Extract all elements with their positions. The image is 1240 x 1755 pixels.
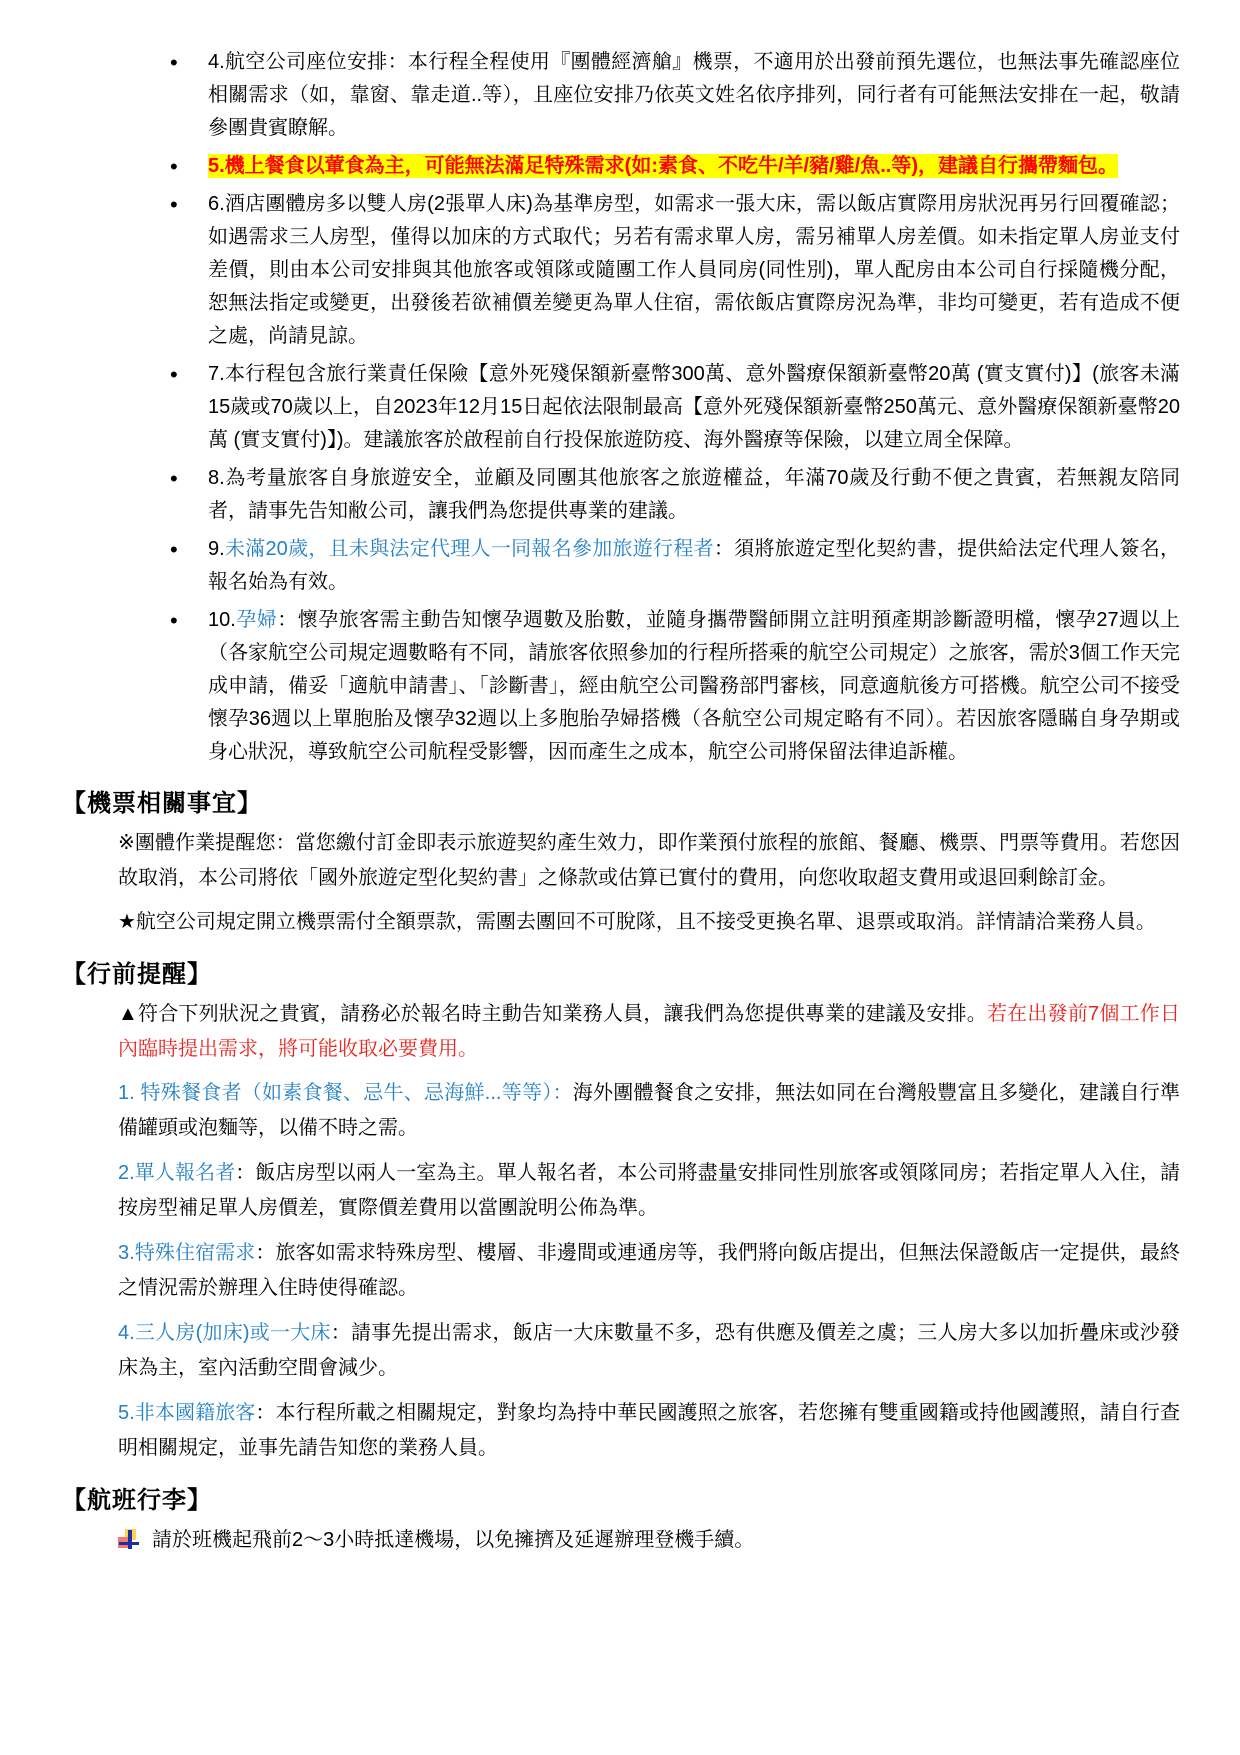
pretrip-item-label: 2.單人報名者: [118, 1162, 235, 1184]
pretrip-item-label: 5.非本國籍旅客: [118, 1402, 255, 1424]
pretrip-item-label: 4.三人房(加床)或一大床: [118, 1322, 331, 1344]
pretrip-item-label: 1. 特殊餐食者（如素食餐、忌牛、忌海鮮...等等）：: [118, 1082, 573, 1104]
note-emphasis: 孕婦: [236, 609, 277, 631]
pretrip-item-special-lodging: 3.特殊住宿需求：旅客如需求特殊房型、樓層、非邊間或連通房等，我們將向飯店提出，…: [62, 1236, 1180, 1306]
pretrip-item-label: 3.特殊住宿需求: [118, 1242, 255, 1264]
ticket-section-title: 【機票相關事宜】: [62, 783, 1180, 818]
note-text: 8.為考量旅客自身旅遊安全，並顧及同團其他旅客之旅遊權益，年滿70歲及行動不便之…: [208, 467, 1180, 522]
note-item-meal-highlighted: 5.機上餐食以葷食為主，可能無法滿足特殊需求(如:素食、不吃牛/羊/豬/雞/魚.…: [62, 150, 1180, 183]
down-arrow-icon: [118, 1529, 140, 1551]
ticketing-note: ★航空公司規定開立機票需付全額票款，需團去團回不可脫隊，且不接受更換名單、退票或…: [62, 905, 1180, 940]
note-text: 7.本行程包含旅行業責任保險【意外死殘保額新臺幣300萬、意外醫療保額新臺幣20…: [208, 363, 1180, 451]
pretrip-intro-text: ▲符合下列狀況之貴賓，請務必於報名時主動告知業務人員，讓我們為您提供專業的建議及…: [118, 1003, 987, 1025]
note-emphasis: 未滿20歲，且未與法定代理人一同報名參加旅遊行程者: [225, 538, 714, 560]
note-item-seat-assignment: 4.航空公司座位安排：本行程全程使用『團體經濟艙』機票，不適用於出發前預先選位，…: [62, 46, 1180, 145]
notes-list: 4.航空公司座位安排：本行程全程使用『團體經濟艙』機票，不適用於出發前預先選位，…: [62, 46, 1180, 769]
note-item-pregnancy: 10.孕婦：懷孕旅客需主動告知懷孕週數及胎數，並隨身攜帶醫師開立註明預產期診斷證…: [62, 604, 1180, 769]
pretrip-item-foreign-nationals: 5.非本國籍旅客：本行程所載之相關規定，對象均為持中華民國護照之旅客，若您擁有雙…: [62, 1396, 1180, 1466]
note-item-minors: 9.未滿20歲，且未與法定代理人一同報名參加旅遊行程者：須將旅遊定型化契約書，提…: [62, 533, 1180, 599]
note-number: 10.: [208, 609, 236, 631]
note-item-senior-travelers: 8.為考量旅客自身旅遊安全，並顧及同團其他旅客之旅遊權益，年滿70歲及行動不便之…: [62, 462, 1180, 528]
pretrip-intro: ▲符合下列狀況之貴賓，請務必於報名時主動告知業務人員，讓我們為您提供專業的建議及…: [62, 997, 1180, 1067]
pretrip-section-title: 【行前提醒】: [62, 954, 1180, 989]
pretrip-item-single-traveler: 2.單人報名者：飯店房型以兩人一室為主。單人報名者，本公司將盡量安排同性別旅客或…: [62, 1156, 1180, 1226]
pretrip-item-text: ：旅客如需求特殊房型、樓層、非邊間或連通房等，我們將向飯店提出，但無法保證飯店一…: [118, 1242, 1180, 1299]
note-item-hotel-rooms: 6.酒店團體房多以雙人房(2張單人床)為基準房型，如需求一張大床，需以飯店實際用…: [62, 188, 1180, 353]
note-text: 6.酒店團體房多以雙人房(2張單人床)為基準房型，如需求一張大床，需以飯店實際用…: [208, 193, 1180, 347]
baggage-item: 請於班機起飛前2～3小時抵達機場，以免擁擠及延遲辦理登機手續。: [62, 1523, 1180, 1558]
document-page: 4.航空公司座位安排：本行程全程使用『團體經濟艙』機票，不適用於出發前預先選位，…: [0, 0, 1240, 1755]
baggage-item-text: 請於班機起飛前2～3小時抵達機場，以免擁擠及延遲辦理登機手續。: [152, 1523, 754, 1558]
note-text: ：懷孕旅客需主動告知懷孕週數及胎數，並隨身攜帶醫師開立註明預產期診斷證明檔，懷孕…: [208, 609, 1180, 763]
pretrip-item-text: ：本行程所載之相關規定，對象均為持中華民國護照之旅客，若您擁有雙重國籍或持他國護…: [118, 1402, 1180, 1459]
pretrip-item-text: ：飯店房型以兩人一室為主。單人報名者，本公司將盡量安排同性別旅客或領隊同房；若指…: [118, 1162, 1180, 1219]
baggage-section-title: 【航班行李】: [62, 1480, 1180, 1515]
pretrip-item-special-meals: 1. 特殊餐食者（如素食餐、忌牛、忌海鮮...等等）：海外團體餐食之安排，無法如…: [62, 1076, 1180, 1146]
deposit-note: ※團體作業提醒您：當您繳付訂金即表示旅遊契約產生效力，即作業預付旅程的旅館、餐廳…: [62, 826, 1180, 896]
note-text: 4.航空公司座位安排：本行程全程使用『團體經濟艙』機票，不適用於出發前預先選位，…: [208, 51, 1180, 139]
note-number: 9.: [208, 538, 225, 560]
note-item-insurance: 7.本行程包含旅行業責任保險【意外死殘保額新臺幣300萬、意外醫療保額新臺幣20…: [62, 358, 1180, 457]
highlighted-note-text: 5.機上餐食以葷食為主，可能無法滿足特殊需求(如:素食、不吃牛/羊/豬/雞/魚.…: [208, 154, 1118, 178]
pretrip-item-triple-room: 4.三人房(加床)或一大床：請事先提出需求，飯店一大床數量不多，恐有供應及價差之…: [62, 1316, 1180, 1386]
